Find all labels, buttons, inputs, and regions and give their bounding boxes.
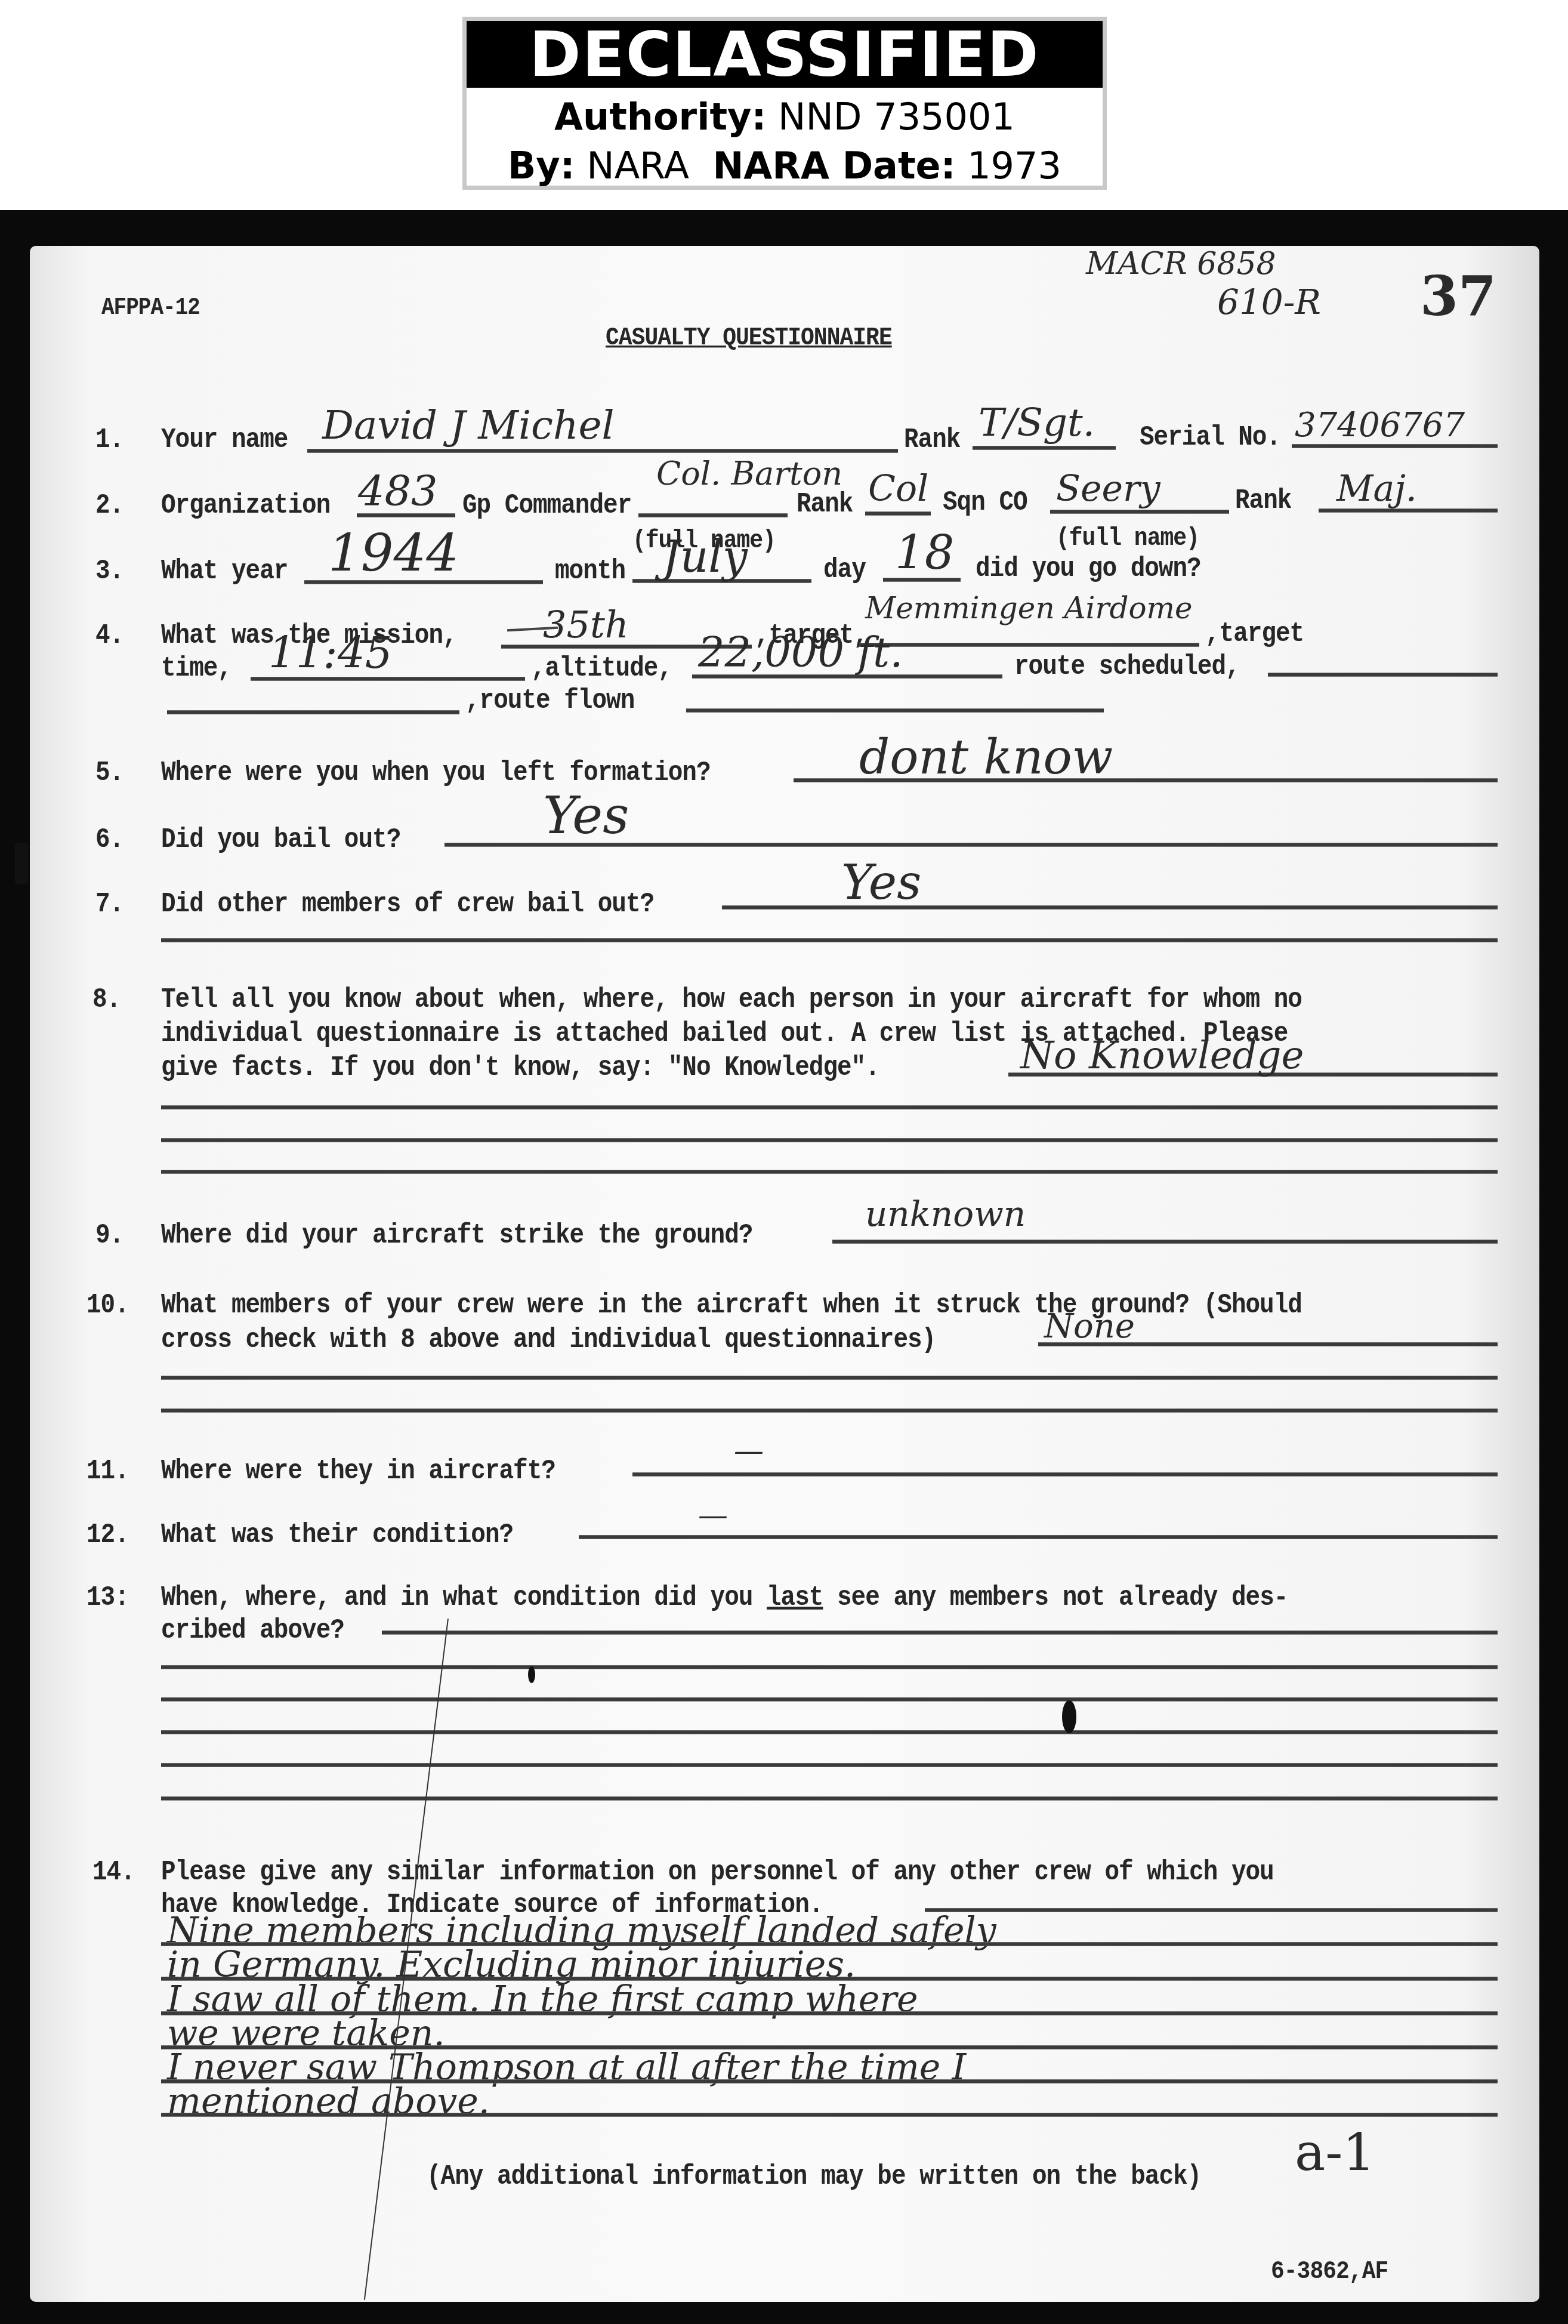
q4-number: 4. <box>95 621 124 652</box>
q1-serial-label: Serial No. <box>1140 423 1280 454</box>
q8-answer[interactable]: No Knowledge <box>1020 1034 1304 1078</box>
form-code: 6-3862,AF <box>1271 2257 1388 2286</box>
q13-answer-line-6[interactable] <box>161 1796 1498 1801</box>
q2-sqn-co-value[interactable]: Seery <box>1056 468 1160 510</box>
q4-mission-value[interactable]: 35th <box>543 603 629 646</box>
q8-line1: Tell all you know about when, where, how… <box>161 985 1302 1016</box>
q13-line1: When, where, and in what condition did y… <box>161 1583 1288 1614</box>
q3-suffix: did you go down? <box>976 554 1201 585</box>
q3-year-label: What year <box>161 556 288 587</box>
q4-target-value[interactable]: Memmingen Airdome <box>865 591 1193 625</box>
q4-target-time-label: ,target <box>1205 619 1304 650</box>
q4-route-flown-prefix-line <box>167 710 459 714</box>
edge-mark <box>15 843 28 884</box>
q13-answer-line-5[interactable] <box>161 1763 1498 1767</box>
form-id: AFPPA-12 <box>101 294 200 321</box>
stamp-authority: Authority: NND 735001 <box>467 93 1103 141</box>
q6-answer[interactable]: Yes <box>543 786 629 846</box>
q14-answer-line-0 <box>925 1908 1498 1912</box>
q5-number: 5. <box>95 758 124 789</box>
q4-route-flown-line <box>686 708 1104 713</box>
q8-line3: give facts. If you don't know, say: "No … <box>161 1053 879 1084</box>
form-title: CASUALTY QUESTIONNAIRE <box>606 323 892 352</box>
q4-route-scheduled-label: route scheduled, <box>1014 652 1240 683</box>
q2-gp-commander-value[interactable]: Col. Barton <box>656 455 842 492</box>
q2-rank2-value[interactable]: Maj. <box>1336 468 1417 510</box>
q3-year-value[interactable]: 1944 <box>328 523 459 583</box>
q1-rank-line <box>973 446 1116 450</box>
q8-number: 8. <box>92 985 121 1016</box>
q1-name-line <box>307 449 898 453</box>
q1-serial-line <box>1292 444 1498 448</box>
q4-target-line <box>859 643 1199 647</box>
declassified-stamp: DECLASSIFIED Authority: NND 735001 By: N… <box>462 17 1107 190</box>
q1-name-label: Your name <box>161 425 288 456</box>
questionnaire-page: AFPPA-12 CASUALTY QUESTIONNAIRE MACR 685… <box>30 246 1539 2302</box>
q12-answer-line <box>579 1535 1498 1539</box>
q5-label: Where were you when you left formation? <box>161 758 711 789</box>
q2-rank-line <box>865 511 931 516</box>
ink-spot <box>528 1666 535 1683</box>
macr-note: MACR 6858 <box>1086 246 1276 282</box>
q10-extra-line-2 <box>161 1408 1498 1413</box>
q1-name-value[interactable]: David J Michel <box>322 402 615 448</box>
q12-answer[interactable]: — <box>698 1498 728 1533</box>
q14-rule-6 <box>161 2113 1498 2117</box>
q7-label: Did other members of crew bail out? <box>161 889 654 920</box>
q2-org-label: Organization <box>161 491 330 522</box>
q3-number: 3. <box>95 556 124 587</box>
q14-line1: Please give any similar information on p… <box>161 1857 1274 1888</box>
q1-serial-value[interactable]: 37406767 <box>1295 406 1465 445</box>
q2-sqn-co-label: Sqn CO <box>943 488 1027 519</box>
q13-line2: cribed above? <box>161 1616 344 1647</box>
q4-route-flown-label: ,route flown <box>465 686 634 717</box>
q7-number: 7. <box>95 889 124 920</box>
ink-blot <box>1062 1700 1076 1733</box>
q2-org-value[interactable]: 483 <box>358 467 438 516</box>
q2-rank-label: Rank <box>797 489 853 520</box>
q3-day-label: day <box>823 555 866 586</box>
q8-extra-line-3 <box>161 1170 1498 1174</box>
q2-number: 2. <box>95 491 124 522</box>
q9-answer[interactable]: unknown <box>865 1194 1026 1234</box>
stamp-by-date: By: NARA NARA Date: 1973 <box>467 141 1103 190</box>
q11-label: Where were they in aircraft? <box>161 1456 555 1487</box>
q3-month-value[interactable]: July <box>662 531 748 582</box>
scanned-document: AFPPA-12 CASUALTY QUESTIONNAIRE MACR 685… <box>0 210 1568 2324</box>
q13-answer-line-4[interactable] <box>161 1730 1498 1734</box>
q7-extra-line <box>161 938 1498 942</box>
q10-number: 10. <box>87 1290 129 1321</box>
q2-rank-value[interactable]: Col <box>868 468 928 510</box>
q7-answer[interactable]: Yes <box>841 855 921 910</box>
q13-answer-line-1[interactable] <box>382 1631 1498 1635</box>
q2-sqn-co-line <box>1050 510 1229 514</box>
q9-number: 9. <box>95 1220 124 1252</box>
q11-answer[interactable]: — <box>734 1434 764 1468</box>
q7-answer-line <box>722 905 1498 910</box>
q4-time-label: time, <box>161 654 232 685</box>
q13-number: 13: <box>87 1583 129 1614</box>
q8-extra-line-2 <box>161 1138 1498 1142</box>
q2-gp-commander-label: Gp Commander <box>462 491 631 522</box>
q12-label: What was their condition? <box>161 1520 513 1551</box>
ref-note: 610-R <box>1217 282 1321 322</box>
q6-label: Did you bail out? <box>161 825 400 856</box>
q5-answer[interactable]: dont know <box>859 729 1113 785</box>
q4-altitude-value[interactable]: 22,000 ft. <box>698 628 903 677</box>
q1-rank-label: Rank <box>904 425 960 456</box>
q2-rank2-label: Rank <box>1235 486 1291 517</box>
q9-answer-line <box>832 1240 1498 1244</box>
q9-label: Where did your aircraft strike the groun… <box>161 1220 752 1252</box>
q10-answer[interactable]: None <box>1044 1307 1135 1346</box>
q8-extra-line-1 <box>161 1105 1498 1109</box>
q6-number: 6. <box>95 825 124 856</box>
q10-line2: cross check with 8 above and individual … <box>161 1325 936 1356</box>
q4-time-value[interactable]: 11:45 <box>268 628 393 678</box>
q4-altitude-label: ,altitude, <box>531 654 672 685</box>
q4-route-scheduled-line <box>1268 673 1498 677</box>
q14-number: 14. <box>92 1857 135 1888</box>
q3-day-value[interactable]: 18 <box>895 526 954 580</box>
q1-rank-value[interactable]: T/Sgt. <box>979 401 1095 445</box>
q12-number: 12. <box>87 1520 129 1551</box>
q11-number: 11. <box>87 1456 129 1487</box>
footer-note: (Any additional information may be writt… <box>427 2162 1201 2193</box>
q1-number: 1. <box>95 425 124 456</box>
q3-month-label: month <box>555 556 625 587</box>
q10-extra-line-1 <box>161 1376 1498 1380</box>
q2-gp-commander-line <box>638 513 788 517</box>
q2-sqn-sublabel: (full name) <box>1056 524 1199 553</box>
q13-answer-line-3[interactable] <box>161 1697 1498 1702</box>
bottom-annotation: a-1 <box>1295 2123 1375 2183</box>
page-number-note: 37 <box>1420 264 1496 328</box>
stamp-title: DECLASSIFIED <box>467 21 1103 88</box>
q11-answer-line <box>632 1472 1498 1477</box>
q13-answer-line-2[interactable] <box>161 1665 1498 1669</box>
